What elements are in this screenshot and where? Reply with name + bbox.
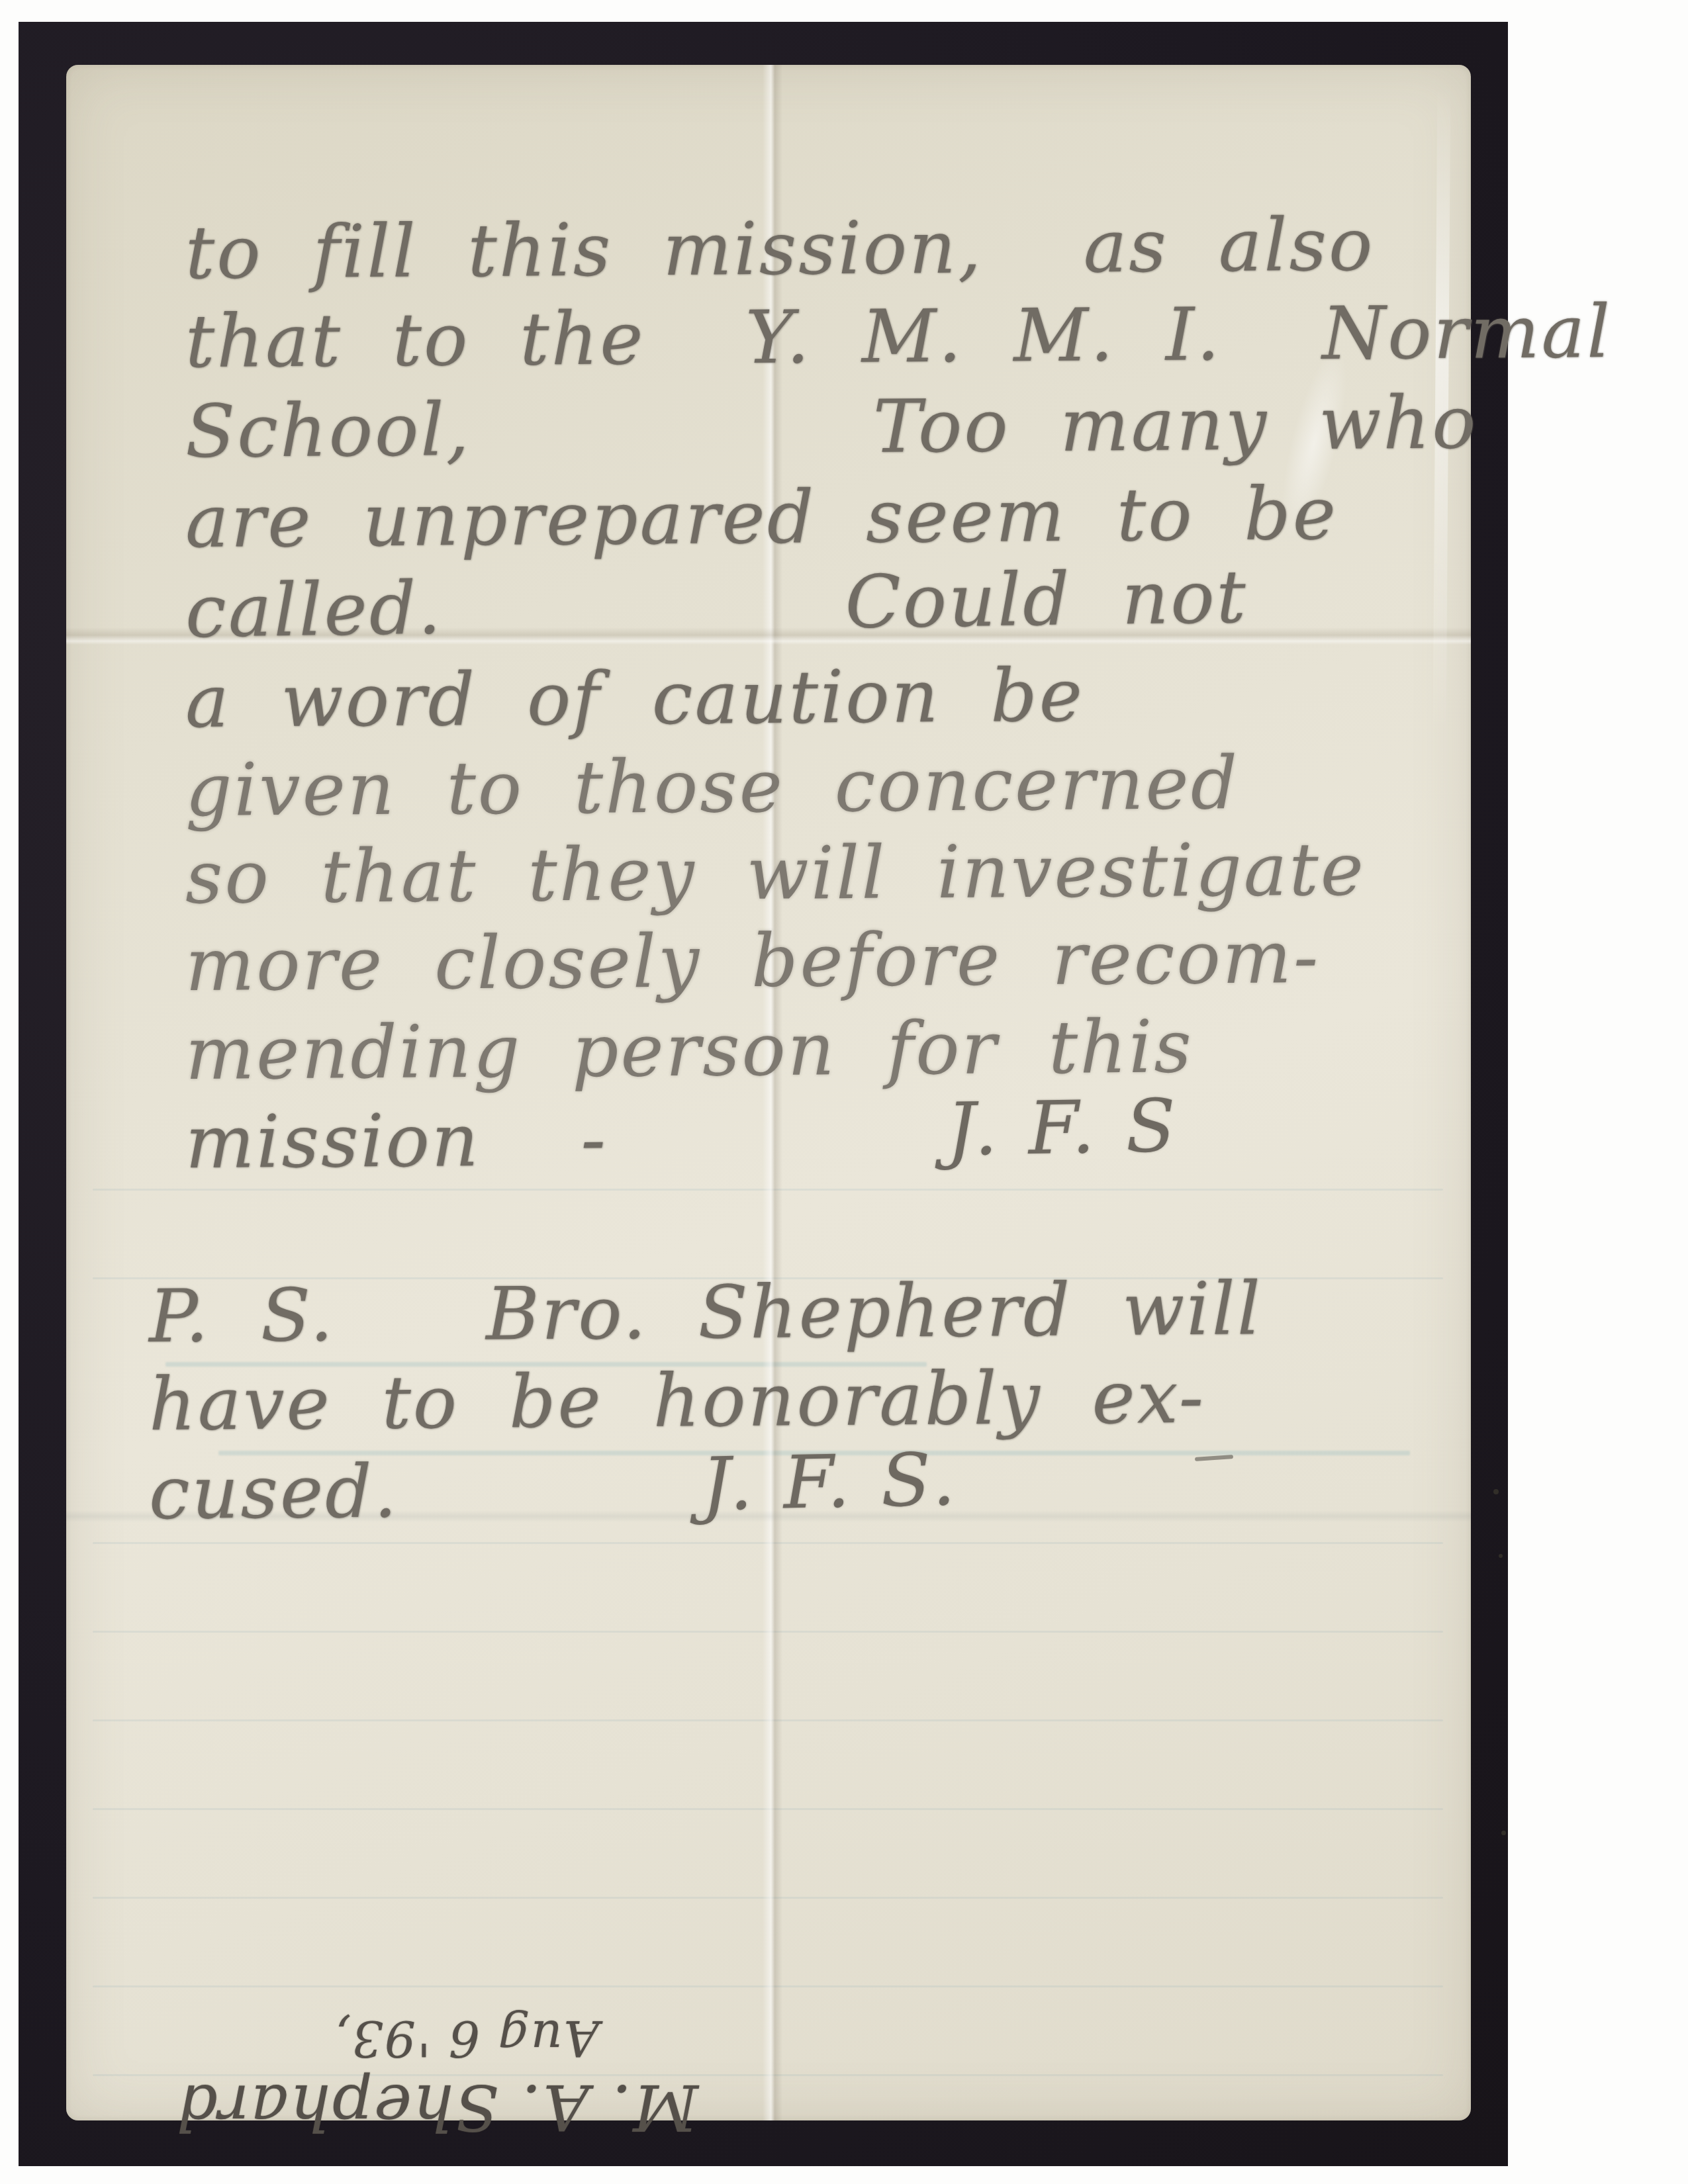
docket-date: Aug 6 '93, [142, 2009, 698, 2066]
postscript-line-3: cused. [149, 1449, 399, 1535]
docket-name: M. A. Shephard [142, 2070, 698, 2144]
handwritten-line-9: more closely before recom- [185, 915, 1321, 1007]
postscript-initials-signature: J. F. S. [701, 1437, 961, 1527]
handwritten-line-2: that to the Y. M. M. I. Normal [185, 289, 1613, 384]
scanned-letter-page: to fill this mission, as also that to th… [0, 0, 1688, 2184]
handwritten-line-8: so that they will investigate [185, 827, 1366, 920]
initials-signature: J. F. S [946, 1083, 1180, 1172]
handwritten-line-3: School, Too many who [185, 380, 1478, 474]
handwritten-line-7: given to those concerned [185, 741, 1240, 833]
handwritten-line-1: to fill this mission, as also [185, 202, 1375, 295]
ink-speck [1493, 1489, 1499, 1494]
rotated-docket: M. A. Shephard Aug 6 '93, [142, 1933, 698, 2144]
handwritten-line-6: a word of caution be [185, 653, 1085, 744]
ink-speck [1499, 1554, 1503, 1558]
ink-speck [1501, 1831, 1506, 1835]
handwritten-line-5: called. Could not [185, 555, 1248, 654]
handwritten-line-11: mission - [185, 1097, 608, 1185]
handwritten-line-10: mending person for this [185, 1004, 1194, 1096]
postscript-line-2: have to be honorably ex- [149, 1355, 1206, 1447]
postscript-line-1: P. S. Bro. Shepherd will [149, 1266, 1263, 1359]
handwritten-line-4: are unprepared seem to be [185, 471, 1338, 564]
